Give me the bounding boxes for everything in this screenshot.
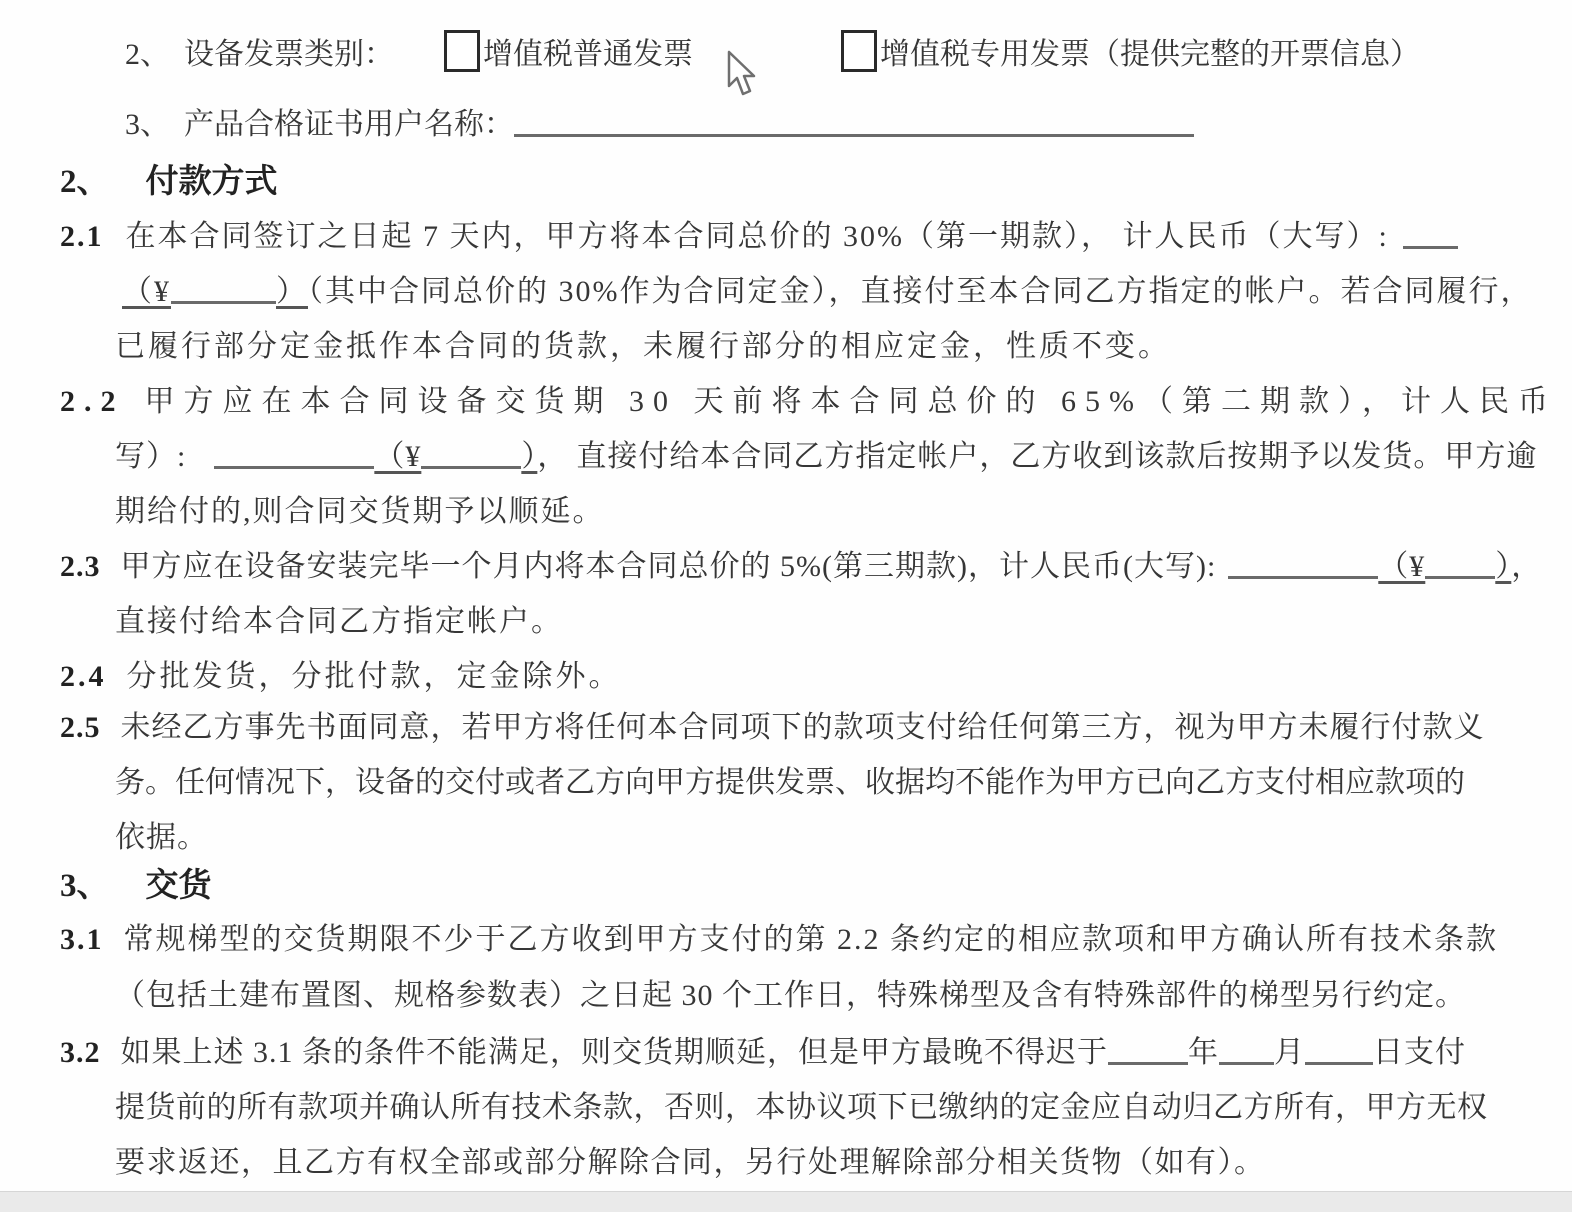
text-run: 已履行部分定金抵作本合同的货款，未履行部分的相应定金，性质不变。 [115,330,1171,363]
clause-2-1-line-3: 已履行部分定金抵作本合同的货款，未履行部分的相应定金，性质不变。 [115,327,1171,367]
text-run: 提货前的所有款项并确认所有技术条款，否则，本协议项下已缴纳的定金应自动归乙方所有… [115,1091,1488,1124]
clause-3-2-line-2: 提货前的所有款项并确认所有技术条款，否则，本协议项下已缴纳的定金应自动归乙方所有… [115,1088,1488,1128]
text-run: ） [521,440,537,473]
text-run: （其中合同总价的 30%作为合同定金），直接付至本合同乙方指定的帐户。若合同履行… [308,275,1533,308]
spacer [101,736,121,737]
clause-3-1-line-1: 3.1常规梯型的交货期限不少于乙方收到甲方支付的第 2.2 条约定的相应款项和甲… [60,920,1498,960]
contract-document: 2、设备发票类别：增值税普通发票增值税专用发票（提供完整的开票信息）3、产品合格… [0,0,1572,1212]
item-number: 交货 [146,868,212,904]
fill-in-blank [514,134,1194,137]
spacer [1389,245,1403,246]
item-number: 2.2 [60,385,125,418]
text-run: 增值税专用发票（提供完整的开票信息） [880,38,1420,71]
clause-2-5-line-3: 依据。 [115,818,208,858]
text-run: ， [537,440,568,473]
clause-2-3-line-1: 2.3甲方应在设备安装完毕一个月内将本合同总价的 5%(第三期款)，计人民币(大… [60,547,1542,587]
spacer [110,895,146,896]
text-run: 期给付的,则合同交货期予以顺延。 [115,495,605,528]
clause-2-5-line-2: 务。任何情况下，设备的交付或者乙方向甲方提供发票、收据均不能作为甲方已向乙方支付… [115,763,1465,803]
text-run: 常规梯型的交货期限不少于乙方收到甲方支付的第 2.2 条约定的相应款项和甲方确认… [124,923,1499,956]
text-run: 设备发票类别： [184,38,394,71]
text-run: （¥ [374,440,421,473]
clause-2-4-line-1: 2.4分批发货，分批付款，定金除外。 [60,657,622,697]
fill-in-blank [1305,1062,1373,1065]
clause-2-2-line-3: 期给付的,则合同交货期予以顺延。 [115,492,605,532]
fill-in-blank [1219,1062,1274,1065]
text-run: ） [276,275,308,308]
clause-2-1-line-2: （¥）（其中合同总价的 30%作为合同定金），直接付至本合同乙方指定的帐户。若合… [122,272,1533,312]
spacer [110,191,146,192]
item-number: 3、 [60,868,110,904]
clause-3-1-line-2: （包括土建布置图、规格参数表）之日起 30 个工作日，特殊梯型及含有特殊部件的梯… [115,976,1466,1016]
spacer [394,63,444,64]
text-run: 分批发货，分批付款，定金除外。 [127,660,622,693]
text-run: 日支付 [1373,1036,1466,1069]
fill-in-blank [1403,246,1458,249]
fill-in-blank [421,466,521,469]
mouse-cursor-icon [726,50,760,100]
text-run: 务。任何情况下，设备的交付或者乙方向甲方提供发票、收据均不能作为甲方已向乙方支付… [115,766,1465,799]
invoice-type-line: 2、设备发票类别：增值税普通发票增值税专用发票（提供完整的开票信息） [125,30,1420,75]
clause-2-1-line-1: 2.1在本合同签订之日起 7 天内，甲方将本合同总价的 30%（第一期款）， 计… [60,217,1458,257]
item-number: 2.4 [60,660,107,693]
item-number: 2.1 [60,220,104,253]
text-run: 写）: [115,440,186,473]
checkbox-icon[interactable] [841,30,877,72]
text-run: 3、 [125,108,170,141]
spacer [170,133,184,134]
item-number: 2.3 [60,550,101,583]
text-run: 如果上述 3.1 条的条件不能满足，则交货期顺延，但是甲方最晚不得迟于 [121,1036,1109,1069]
payment-heading: 2、付款方式 [60,162,278,202]
fill-in-blank [1228,576,1378,579]
spacer [693,63,841,64]
spacer [101,1061,121,1062]
text-run: 甲方应在本合同设备交货期 30 天前将本合同总价的 65%（第二期款），计人民币… [145,385,1572,418]
checkbox-icon[interactable] [444,30,480,72]
fill-in-blank [214,466,374,469]
text-run: 直接付给本合同乙方指定帐户。 [115,605,563,638]
clause-3-2-line-3: 要求返还，且乙方有权全部或部分解除合同，另行处理解除部分相关货物（如有）。 [115,1143,1266,1183]
text-run: 月 [1274,1036,1305,1069]
text-run: （¥ [1378,550,1425,583]
item-number: 2、 [60,164,110,200]
text-run: 增值税普通发票 [483,38,693,71]
clause-2-2-line-1: 2.2甲方应在本合同设备交货期 30 天前将本合同总价的 65%（第二期款），计… [60,382,1572,422]
spacer [104,948,124,949]
text-run: 未经乙方事先书面同意，若甲方将任何本合同项下的款项支付给任何第三方，视为甲方未履… [121,711,1485,744]
delivery-heading: 3、交货 [60,866,212,906]
text-run: 甲方应在设备安装完毕一个月内将本合同总价的 5%(第三期款)，计人民币(大写): [121,550,1217,583]
spacer [101,575,121,576]
clause-2-5-line-1: 2.5未经乙方事先书面同意，若甲方将任何本合同项下的款项支付给任何第三方，视为甲… [60,708,1485,748]
certificate-user-line: 3、产品合格证书用户名称： [125,105,1194,145]
spacer [186,465,214,466]
bottom-edge-bar [0,1191,1572,1212]
item-number: 3.2 [60,1036,101,1069]
text-run: ， [1511,550,1542,583]
spacer [1216,575,1228,576]
item-number: 2.5 [60,711,101,744]
item-number: 3.1 [60,923,104,956]
text-run: 年 [1188,1036,1219,1069]
clause-2-2-line-2: 写）:（¥），直接付给本合同乙方指定帐户，乙方收到该款后按期予以发货。甲方逾 [115,437,1537,477]
text-run: 直接付给本合同乙方指定帐户，乙方收到该款后按期予以发货。甲方逾 [576,440,1537,473]
text-run: 2、 [125,38,170,71]
fill-in-blank [1425,576,1495,579]
clause-2-3-line-2: 直接付给本合同乙方指定帐户。 [115,602,563,642]
spacer [104,245,126,246]
clause-3-2-line-1: 3.2如果上述 3.1 条的条件不能满足，则交货期顺延，但是甲方最晚不得迟于年月… [60,1033,1466,1073]
text-run: 依据。 [115,821,208,854]
text-run: （¥ [122,275,171,308]
spacer [125,410,145,411]
fill-in-blank [171,301,276,304]
text-run: 产品合格证书用户名称： [184,108,514,141]
text-run: ） [1495,550,1511,583]
spacer [107,685,127,686]
text-run: 在本合同签订之日起 7 天内，甲方将本合同总价的 30%（第一期款）， 计人民币… [126,220,1389,253]
text-run: 要求返还，且乙方有权全部或部分解除合同，另行处理解除部分相关货物（如有）。 [115,1146,1266,1179]
item-number: 付款方式 [146,164,278,200]
text-run: （包括土建布置图、规格参数表）之日起 30 个工作日，特殊梯型及含有特殊部件的梯… [115,979,1466,1012]
fill-in-blank [1108,1062,1188,1065]
spacer [170,63,184,64]
